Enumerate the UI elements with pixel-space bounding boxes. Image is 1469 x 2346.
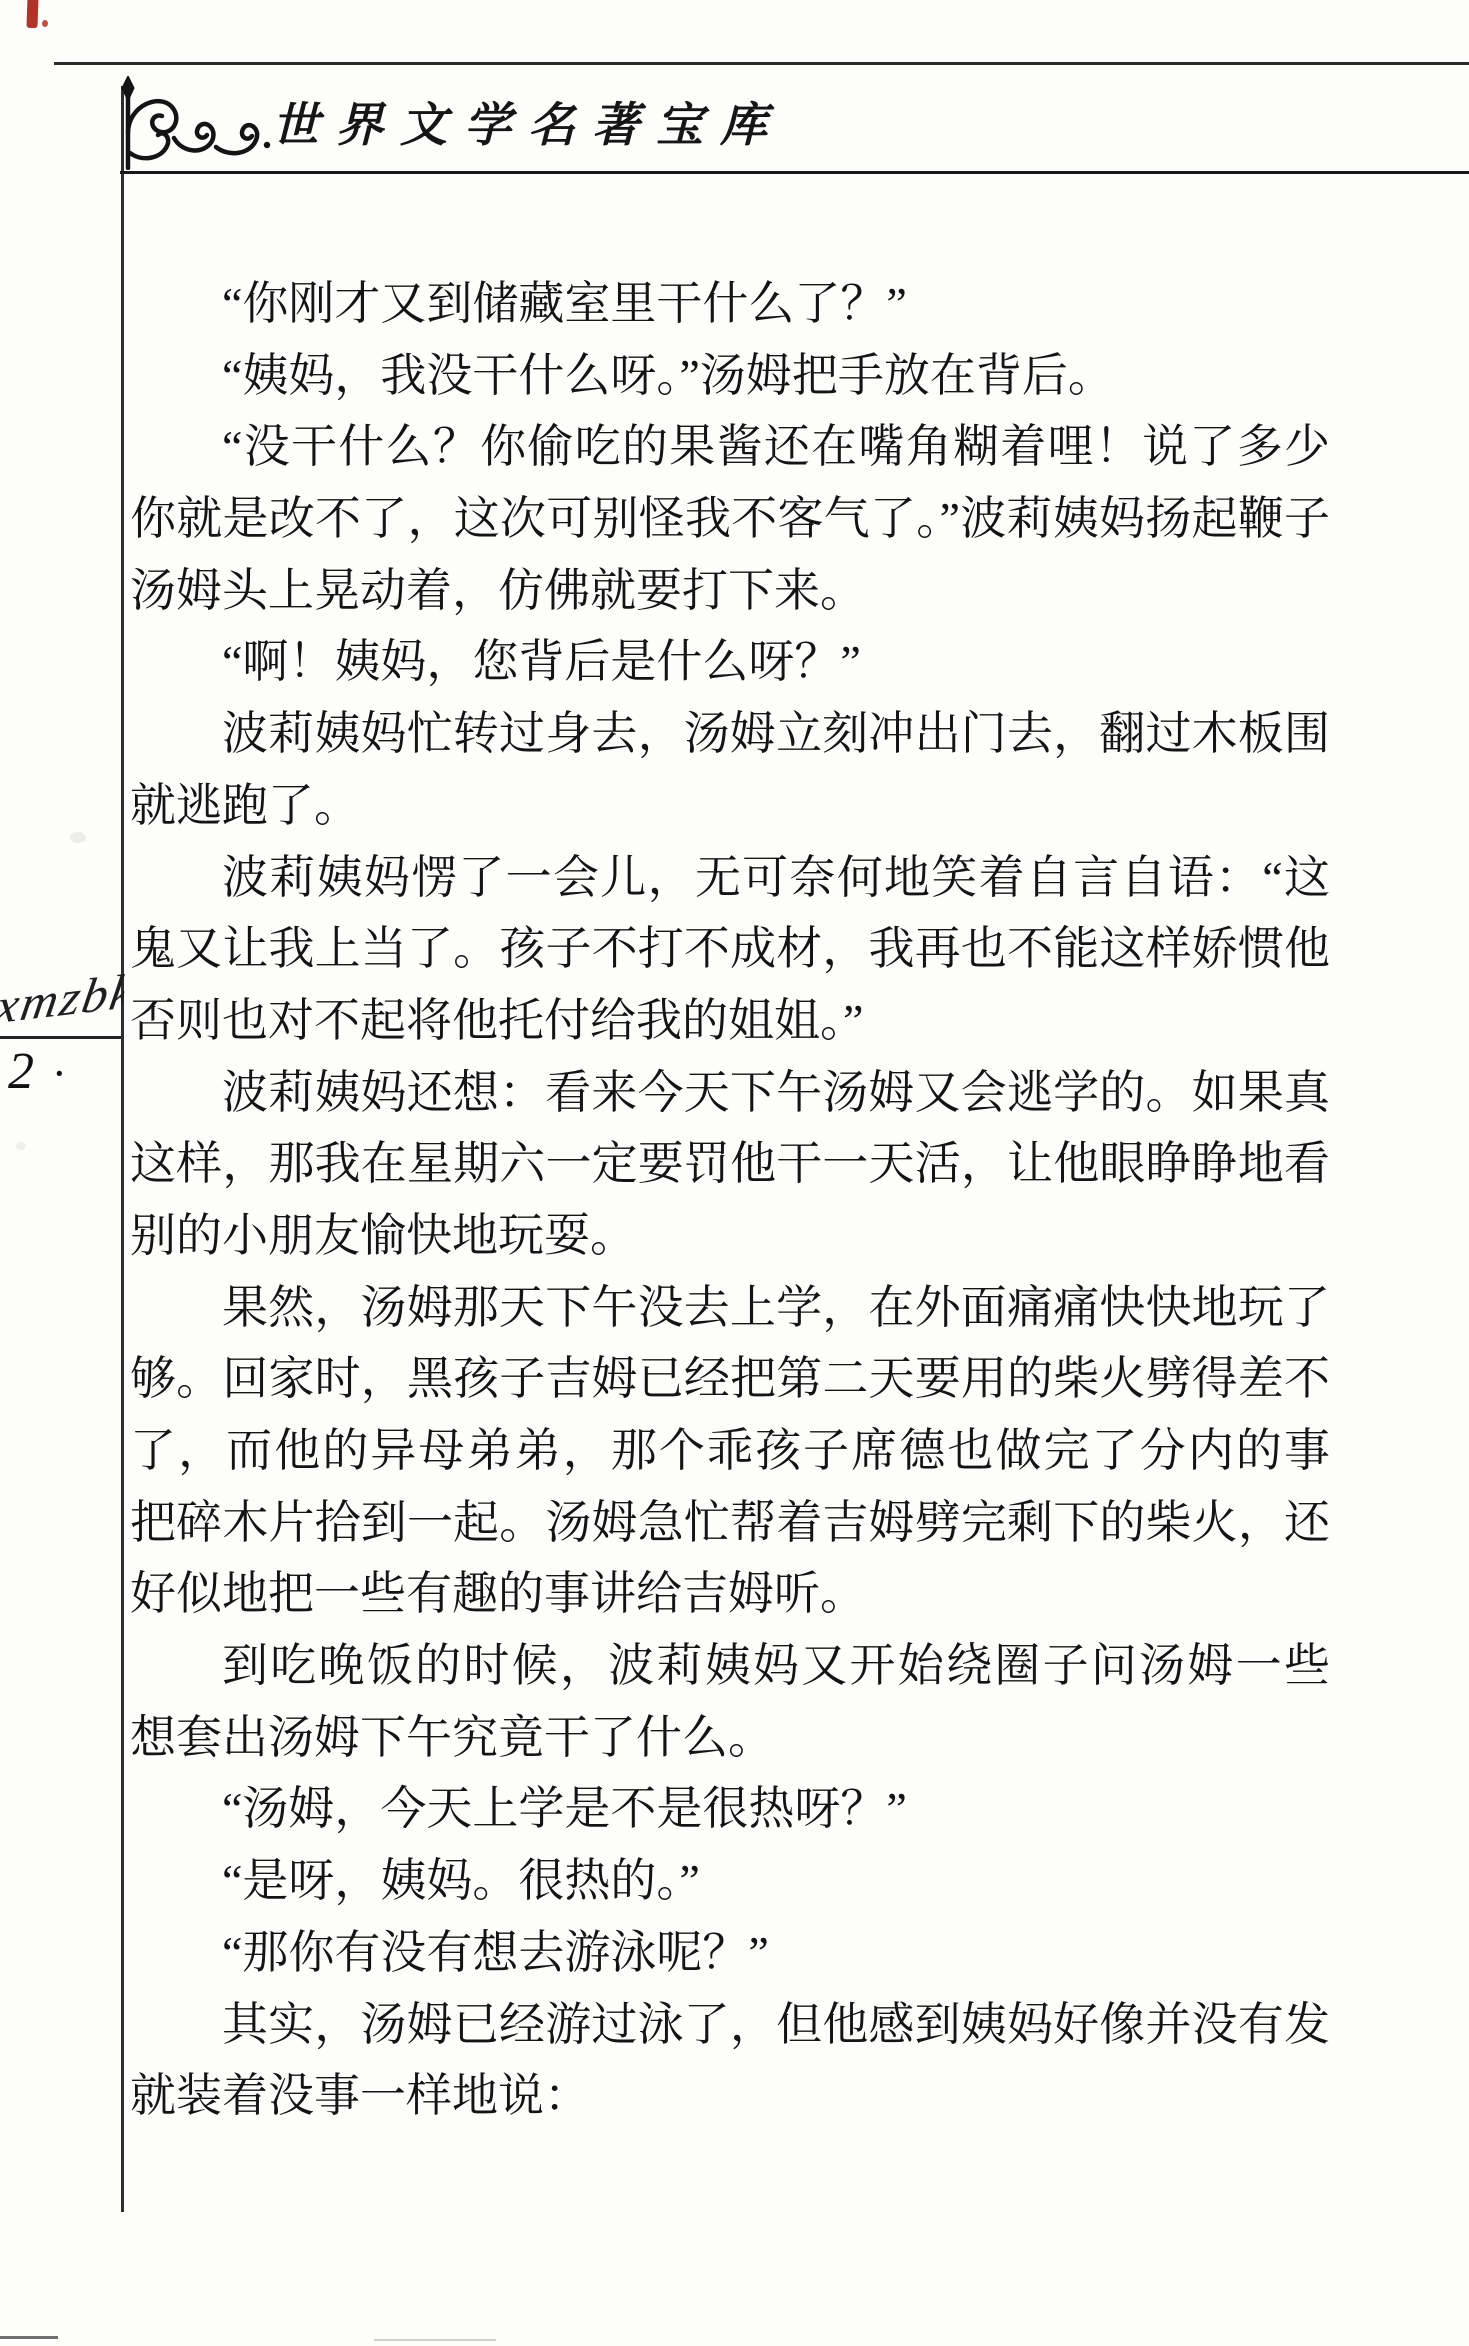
- scan-speck: [16, 1142, 26, 1150]
- text-line: “汤姆，今天上学是不是很热呀？”: [130, 1773, 1330, 1845]
- margin-script-text: wxmzbk: [0, 962, 129, 1043]
- page-number: 2: [8, 1042, 34, 1101]
- scrollwork-flourish-icon: [116, 76, 286, 175]
- text-line: 你就是改不了，这次可别怪我不客气了。”波莉姨妈扬起鞭子在: [130, 483, 1330, 555]
- top-rule: [54, 62, 1469, 65]
- header-underline: [120, 171, 1469, 174]
- text-line: “你刚才又到储藏室里干什么了？”: [130, 268, 1330, 340]
- running-head-title: 世界文学名著宝库: [272, 88, 784, 155]
- text-line: “是呀，姨妈。很热的。”: [130, 1845, 1330, 1917]
- red-ink-mark: [26, 0, 38, 28]
- text-line: 波莉姨妈忙转过身去，汤姆立刻冲出门去，翻过木板围墙: [130, 698, 1330, 770]
- text-line: 这样，那我在星期六一定要罚他干一天活，让他眼睁睁地看着: [130, 1128, 1330, 1200]
- book-page: 世界文学名著宝库 wxmzbk 2 · “你刚才又到储藏室里干什么了？”“姨妈，…: [0, 0, 1469, 2346]
- text-line: 鬼又让我上当了。孩子不打不成材，我再也不能这样娇惯他了，: [130, 913, 1330, 985]
- text-line: 到吃晚饭的时候，波莉姨妈又开始绕圈子问汤姆一些事，: [130, 1630, 1330, 1702]
- text-line: 别的小朋友愉快地玩耍。: [130, 1200, 1330, 1272]
- text-line: 果然，汤姆那天下午没去上学，在外面痛痛快快地玩了个: [130, 1272, 1330, 1344]
- bottom-edge-mark: [0, 2336, 58, 2339]
- text-line: 好似地把一些有趣的事讲给吉姆听。: [130, 1558, 1330, 1630]
- bottom-edge-mark: [374, 2339, 496, 2341]
- text-line: 波莉姨妈还想：看来今天下午汤姆又会逃学的。如果真是: [130, 1057, 1330, 1129]
- text-line: “啊！姨妈，您背后是什么呀？”: [130, 626, 1330, 698]
- text-line: 其实，汤姆已经游过泳了，但他感到姨妈好像并没有发现，: [130, 1989, 1330, 2061]
- page-number-dot: ·: [52, 1048, 67, 1099]
- text-line: 够。回家时，黑孩子吉姆已经把第二天要用的柴火劈得差不多: [130, 1343, 1330, 1415]
- left-border-line: [121, 86, 124, 2212]
- text-block: “你刚才又到储藏室里干什么了？”“姨妈，我没干什么呀。”汤姆把手放在背后。“没干…: [130, 268, 1330, 2132]
- margin-rule: [0, 1036, 121, 1039]
- text-line: 波莉姨妈愣了一会儿，无可奈何地笑着自言自语：“这机灵: [130, 842, 1330, 914]
- text-line: 了，而他的异母弟弟，那个乖孩子席德也做完了分内的事——: [130, 1415, 1330, 1487]
- text-line: 汤姆头上晃动着，仿佛就要打下来。: [130, 555, 1330, 627]
- scan-speck: [70, 832, 86, 843]
- text-line: 否则也对不起将他托付给我的姐姐。”: [130, 985, 1330, 1057]
- text-line: 就逃跑了。: [130, 770, 1330, 842]
- text-line: 想套出汤姆下午究竟干了什么。: [130, 1702, 1330, 1774]
- text-line: “那你有没有想去游泳呢？”: [130, 1917, 1330, 1989]
- text-line: 就装着没事一样地说：: [130, 2060, 1330, 2132]
- text-line: “姨妈，我没干什么呀。”汤姆把手放在背后。: [130, 340, 1330, 412]
- text-line: “没干什么？你偷吃的果酱还在嘴角糊着哩！说了多少回: [130, 411, 1330, 483]
- text-line: 把碎木片拾到一起。汤姆急忙帮着吉姆劈完剩下的柴火，还讨: [130, 1487, 1330, 1559]
- red-ink-dot: [42, 20, 48, 27]
